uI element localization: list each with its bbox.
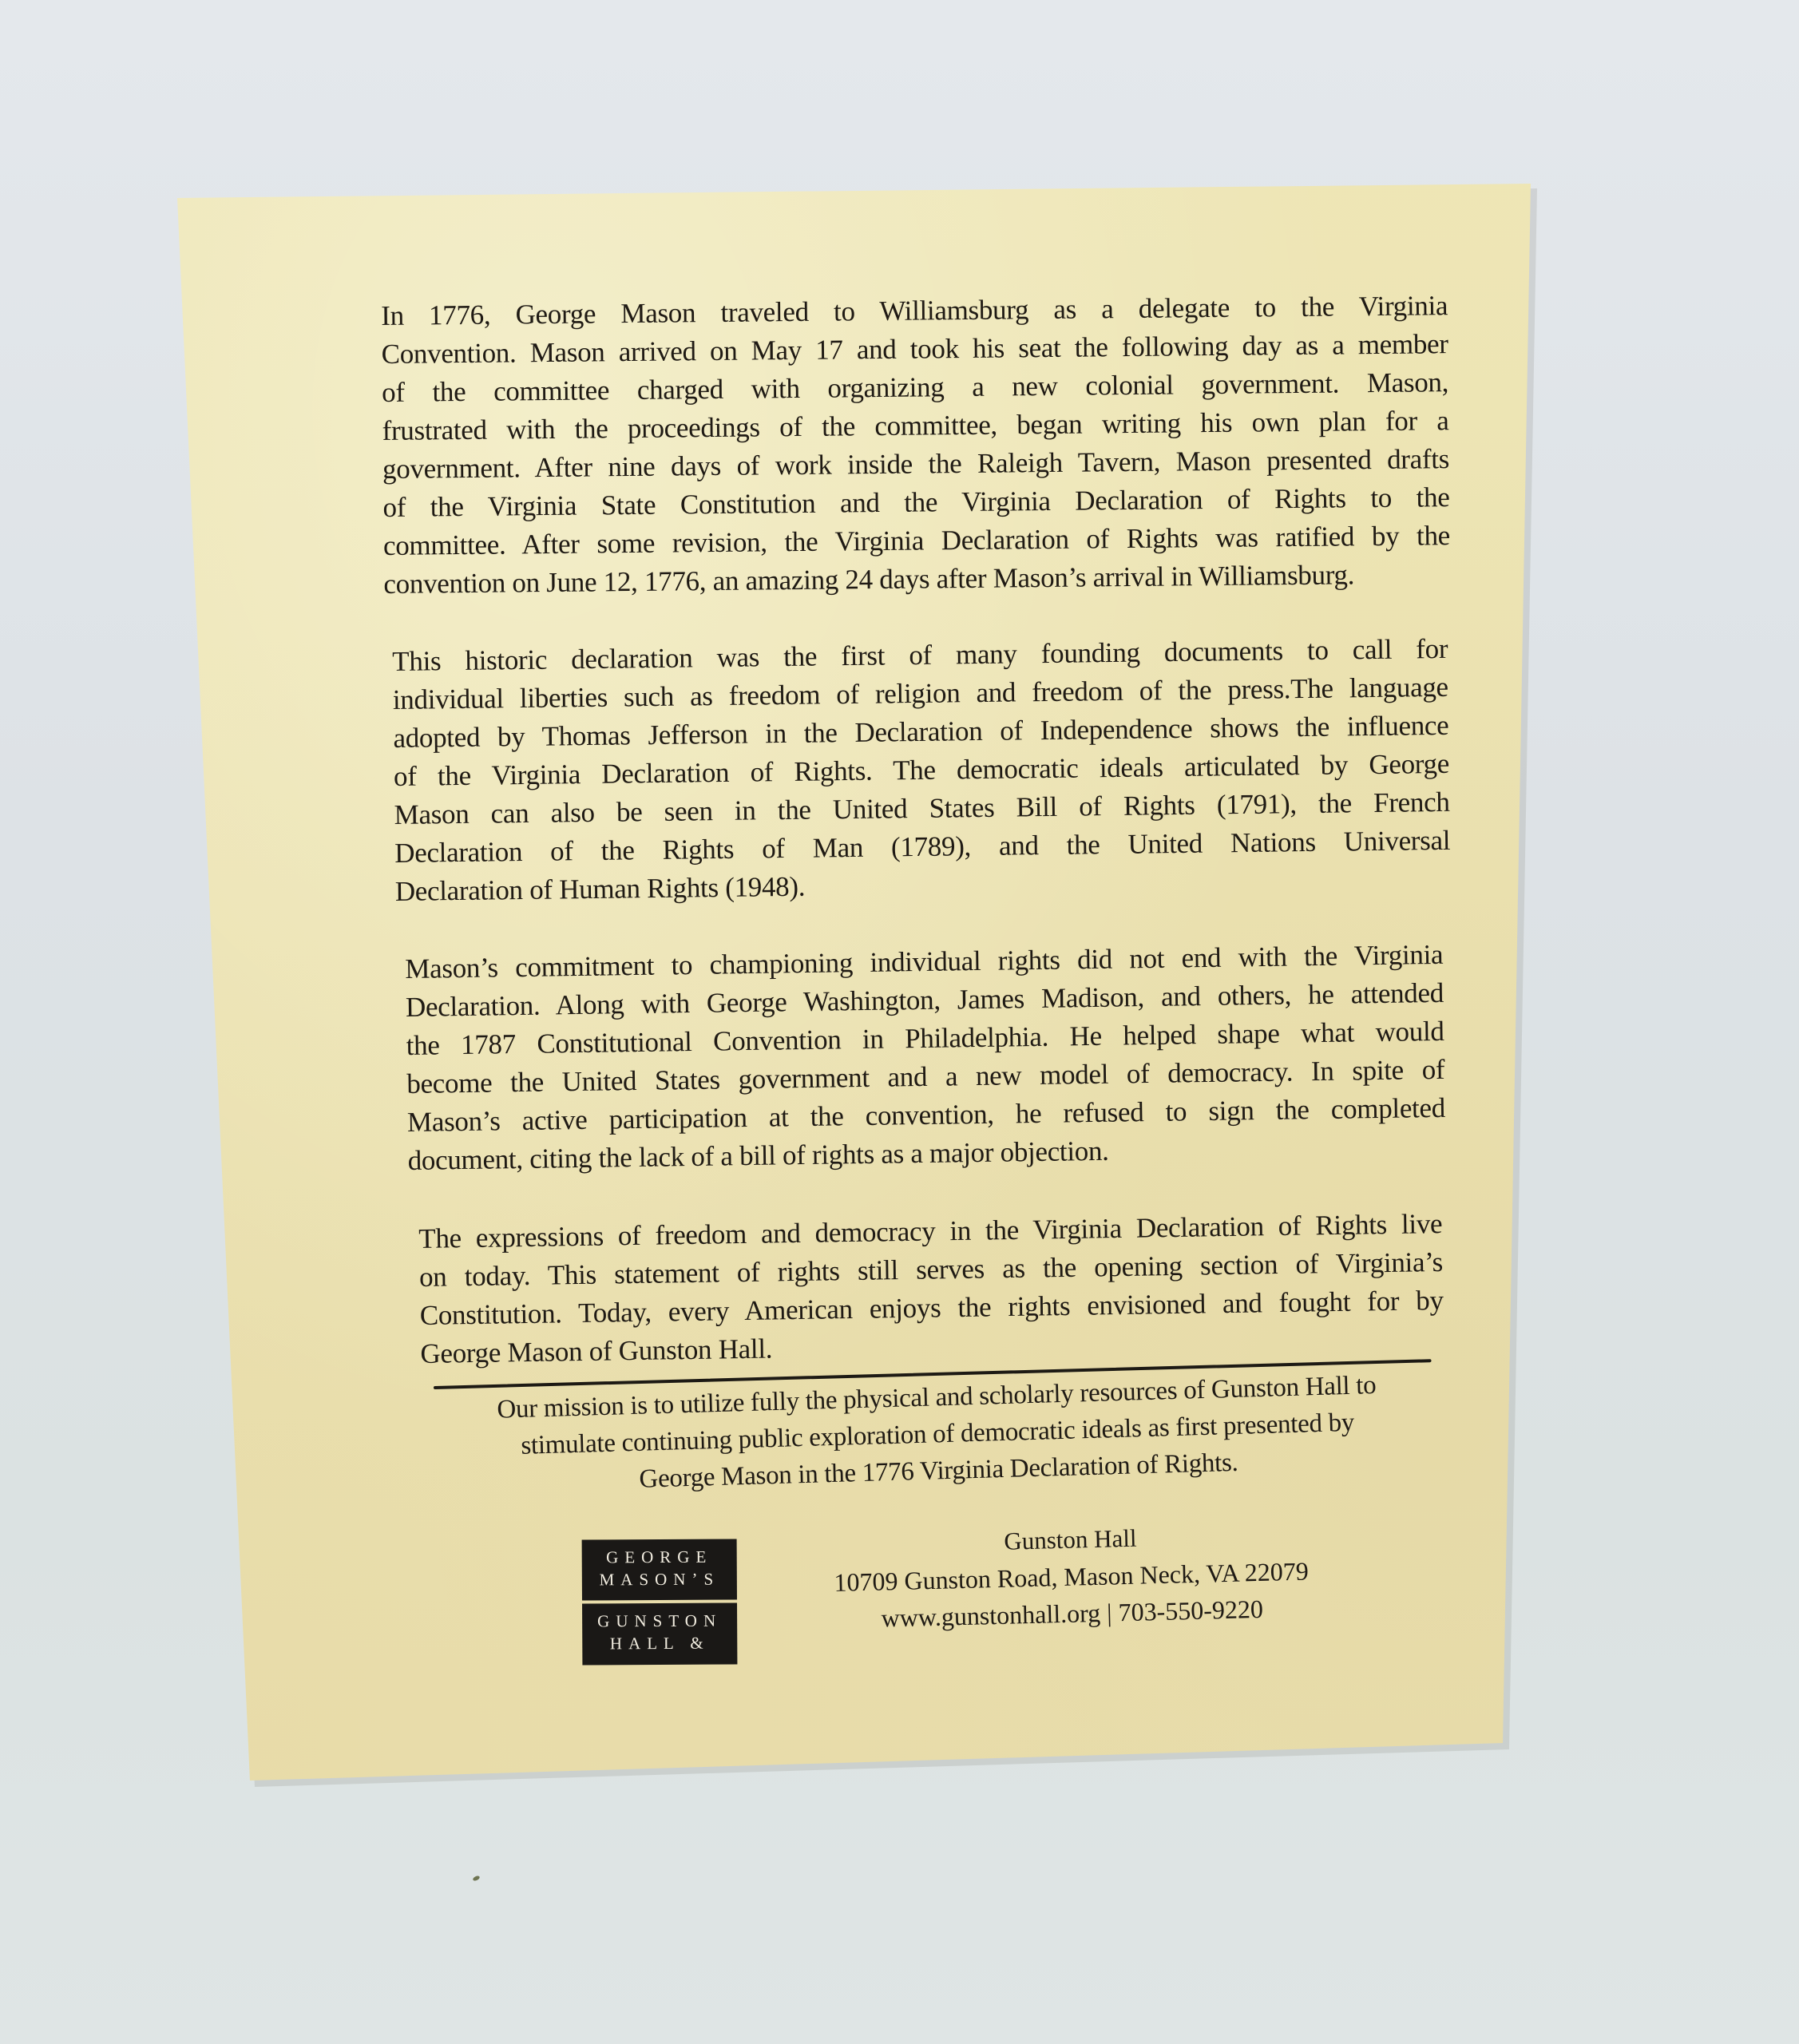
logo-text ampersand-flourish-icon: HALL &: [582, 1631, 737, 1654]
paragraph-historic-declaration: This historic declaration was the first …: [392, 630, 1451, 911]
paragraph-constitutional-convention: Mason’s commitment to championing indivi…: [405, 936, 1446, 1180]
paragraph-mason-1776: In 1776, George Mason traveled to Willia…: [381, 287, 1451, 604]
logo-text: MASON’S: [582, 1567, 737, 1590]
logo-text: GEORGE: [582, 1545, 737, 1568]
website-link[interactable]: www.gunstonhall.org: [881, 1598, 1100, 1633]
logo-text: GUNSTON: [582, 1609, 737, 1632]
separator: |: [1107, 1598, 1112, 1626]
contact-info: Gunston Hall 10709 Gunston Road, Mason N…: [767, 1514, 1376, 1639]
debris-speck: [472, 1875, 480, 1881]
logo-top-box: GEORGE MASON’S: [582, 1539, 737, 1600]
phone-number: 703-550-9220: [1118, 1594, 1263, 1626]
paragraph-expressions-of-freedom: The expressions of freedom and democracy…: [418, 1205, 1444, 1373]
logo-bottom-box: GUNSTON HALL &: [582, 1602, 737, 1665]
gunston-hall-logo: GEORGE MASON’S GUNSTON HALL &: [582, 1539, 738, 1665]
